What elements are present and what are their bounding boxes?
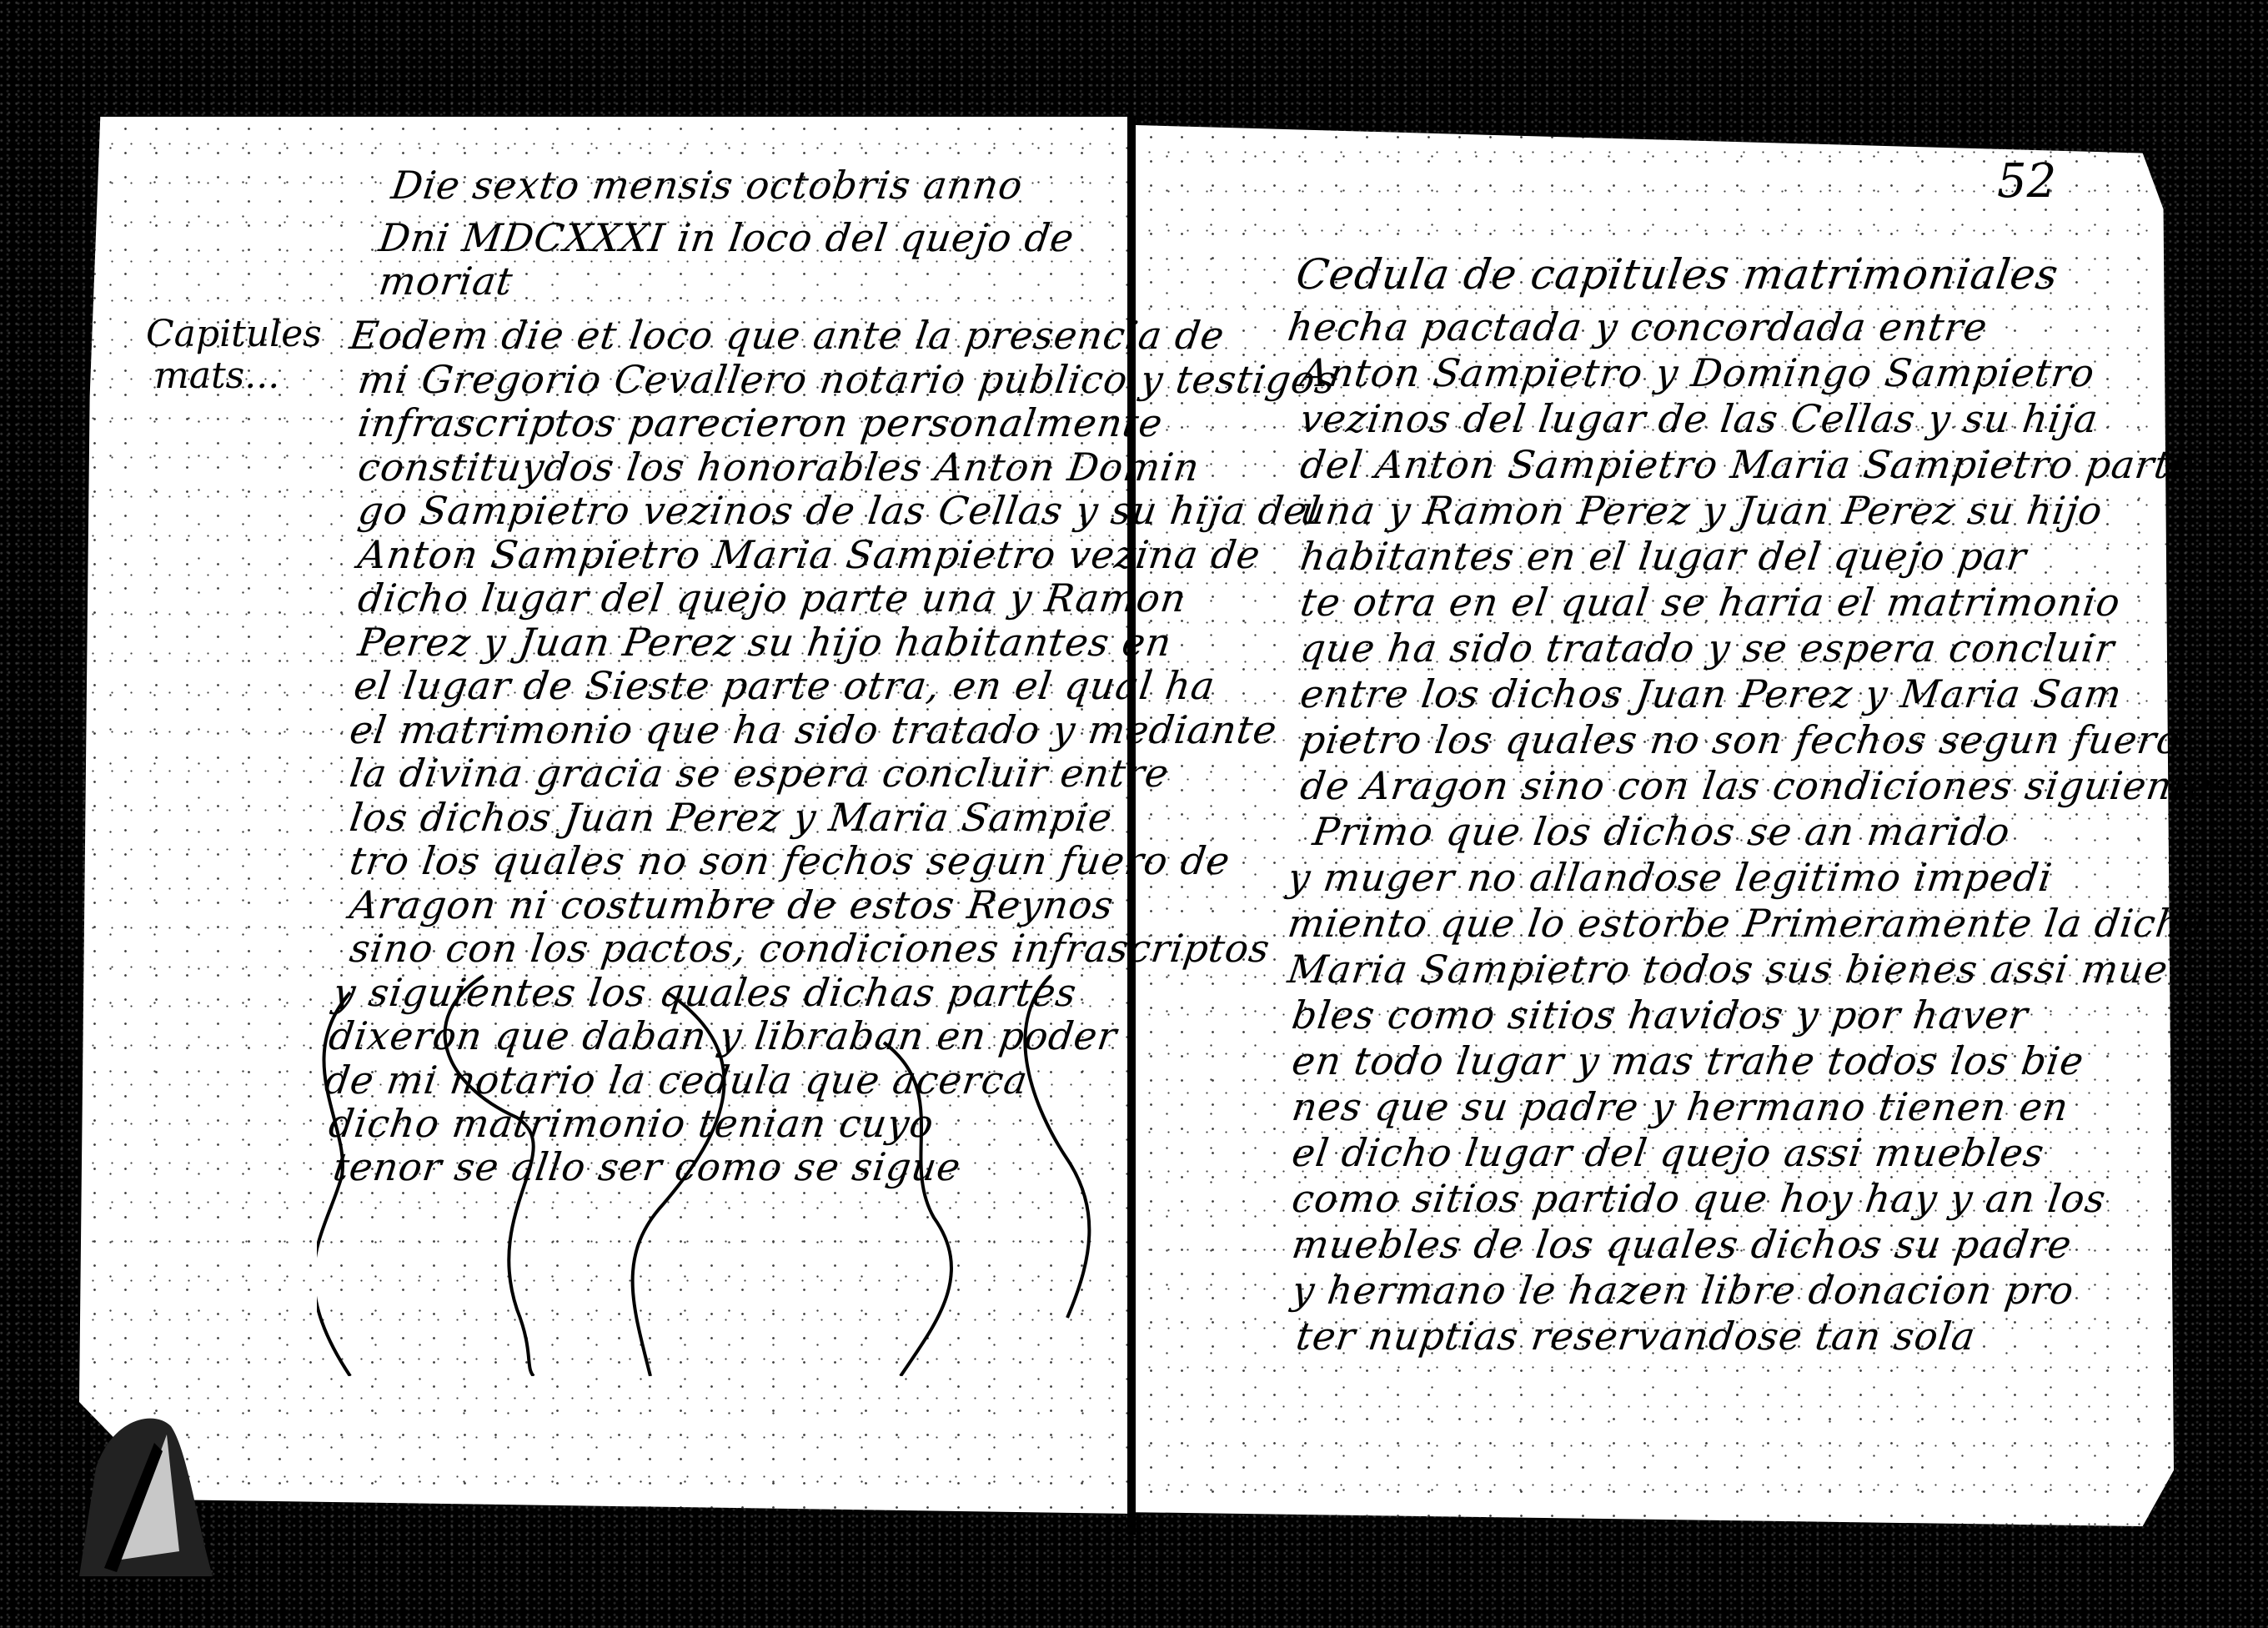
- body-line: constituydos los honorables Anton Domin: [355, 445, 1202, 490]
- body-line: Aragon ni costumbre de estos Reynos: [347, 882, 1116, 927]
- body-line: bles como sitios havidos y por haver: [1289, 992, 2031, 1038]
- body-line: los dichos Juan Perez y Maria Sampie: [347, 795, 1115, 840]
- body-line: ter nuptias reservandose tan sola: [1293, 1314, 1979, 1359]
- body-line: la divina gracia se espera concluir entr…: [347, 751, 1172, 796]
- heading-line: Dni MDCXXXI in loco del quejo de: [376, 215, 1077, 260]
- body-line: habitantes en el lugar del quejo par: [1297, 534, 2030, 579]
- body-line: mi Gregorio Cevallero notario publico y …: [355, 357, 1339, 402]
- body-line: de Aragon sino con las condiciones sigui…: [1297, 763, 2235, 808]
- margin-note-line: mats...: [154, 354, 279, 397]
- body-line: entre los dichos Juan Perez y Maria Sam: [1297, 671, 2125, 716]
- body-line: del Anton Sampietro Maria Sampietro part…: [1297, 442, 2197, 487]
- body-line: muebles de los quales dichos su padre: [1289, 1222, 2075, 1267]
- folio-number: 52: [1997, 154, 2056, 209]
- body-line: Eodem die et loco que ante la presencia …: [347, 313, 1227, 358]
- body-line: que ha sido tratado y se espera concluir: [1297, 626, 2117, 671]
- body-line: y muger no allandose legitimo impedi: [1285, 855, 2055, 900]
- body-line: vezinos del lugar de las Cellas y su hij…: [1297, 396, 2101, 441]
- body-line: nes que su padre y hermano tienen en: [1289, 1084, 2071, 1129]
- body-line: go Sampietro vezinos de las Cellas y su …: [355, 488, 1323, 533]
- body-line: el matrimonio que ha sido tratado y medi…: [347, 707, 1280, 752]
- body-line: Primo que los dichos se an marido: [1310, 809, 2013, 854]
- body-line: una y Ramon Perez y Juan Perez su hijo: [1297, 488, 2105, 533]
- body-line: tro los quales no son fechos segun fuero…: [347, 838, 1233, 883]
- heading-line: Die sexto mensis octobris anno: [389, 163, 1026, 208]
- body-line: pietro los quales no son fechos segun fu…: [1297, 717, 2184, 762]
- bookmark-ribbon-icon: [79, 1368, 213, 1576]
- margin-note-line: Capitules: [146, 313, 322, 355]
- body-line: Cedula de capitules matrimoniales: [1293, 250, 2062, 299]
- body-line: el dicho lugar del quejo assi muebles: [1289, 1130, 2047, 1175]
- body-line: en todo lugar y mas trahe todos los bie: [1289, 1038, 2087, 1083]
- body-line: Anton Sampietro Maria Sampietro vezina d…: [355, 532, 1263, 577]
- body-line: Anton Sampietro y Domingo Sampietro: [1297, 350, 2098, 395]
- wavy-fill-strokes: [317, 959, 1134, 1376]
- body-line: Perez y Juan Perez su hijo habitantes en: [355, 620, 1175, 665]
- body-line: miento que lo estorbe Primeramente la di…: [1285, 901, 2208, 946]
- body-line: infrascriptos parecieron personalmente: [355, 400, 1166, 445]
- body-line: como sitios partido que hoy hay y an los: [1289, 1176, 2109, 1221]
- body-line: dicho lugar del quejo parte una y Ramon: [355, 575, 1189, 621]
- body-line: te otra en el qual se haria el matrimoni…: [1297, 580, 2123, 625]
- body-line: el lugar de Sieste parte otra, en el qua…: [351, 663, 1218, 708]
- body-line: hecha pactada y concordada entre: [1285, 304, 1990, 349]
- body-line: y hermano le hazen libre donacion pro: [1289, 1268, 2077, 1313]
- heading-line: moriat: [376, 259, 516, 304]
- body-line: Maria Sampietro todos sus bienes assi mu…: [1285, 947, 2171, 992]
